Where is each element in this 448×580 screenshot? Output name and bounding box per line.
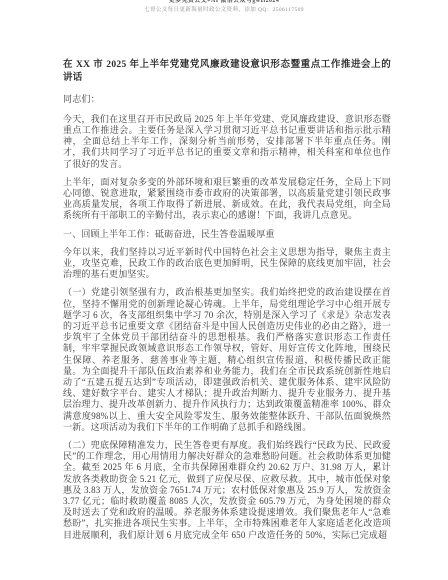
document-title: 在 XX 市 2025 年上半年党建党风廉政建设意识形态暨重点工作推进会上的讲话 [63,59,391,85]
section-heading: 一、回顾上半年工作：砥砺奋进，民生答卷温暖厚重 [63,229,391,240]
paragraph: 今天，我们在这里召开市民政局 2025 年上半年党建、党风廉政建设、意识形态暨重… [63,114,391,170]
paragraph: （一）党建引领坚强有力，政治根基更加坚实。我们始终把党的政治建设摆在首位，坚持不… [63,287,391,433]
promo-line-2: 七哥公文每日更新海量时政公文资料，添加 QQ：2506117509 [0,7,448,14]
paragraph: 今年以来，我们坚持以习近平新时代中国特色社会主义思想为指导，聚焦主责主业，攻坚克… [63,247,391,281]
paragraph: 上半年，面对复杂多变的外部环境和艰巨繁重的改革发展稳定任务，全局上下同心同德、锐… [63,177,391,222]
document-body: 今天，我们在这里召开市民政局 2025 年上半年党建、党风廉政建设、意识形态暨重… [63,114,391,541]
paragraph: （二）兜底保障精准发力，民生答卷更有厚度。我们始终践行“民政为民、民政爱民”的工… [63,440,391,541]
promo-line-1: 更多免费公文+AI 微信公众号gwzl2024 [0,0,448,5]
promo-header: 更多免费公文+AI 微信公众号gwzl2024 七哥公文每日更新海量时政公文资料… [0,0,448,14]
document-page: 在 XX 市 2025 年上半年党建党风廉政建设意识形态暨重点工作推进会上的讲话… [0,14,448,541]
salutation: 同志们： [63,94,391,105]
